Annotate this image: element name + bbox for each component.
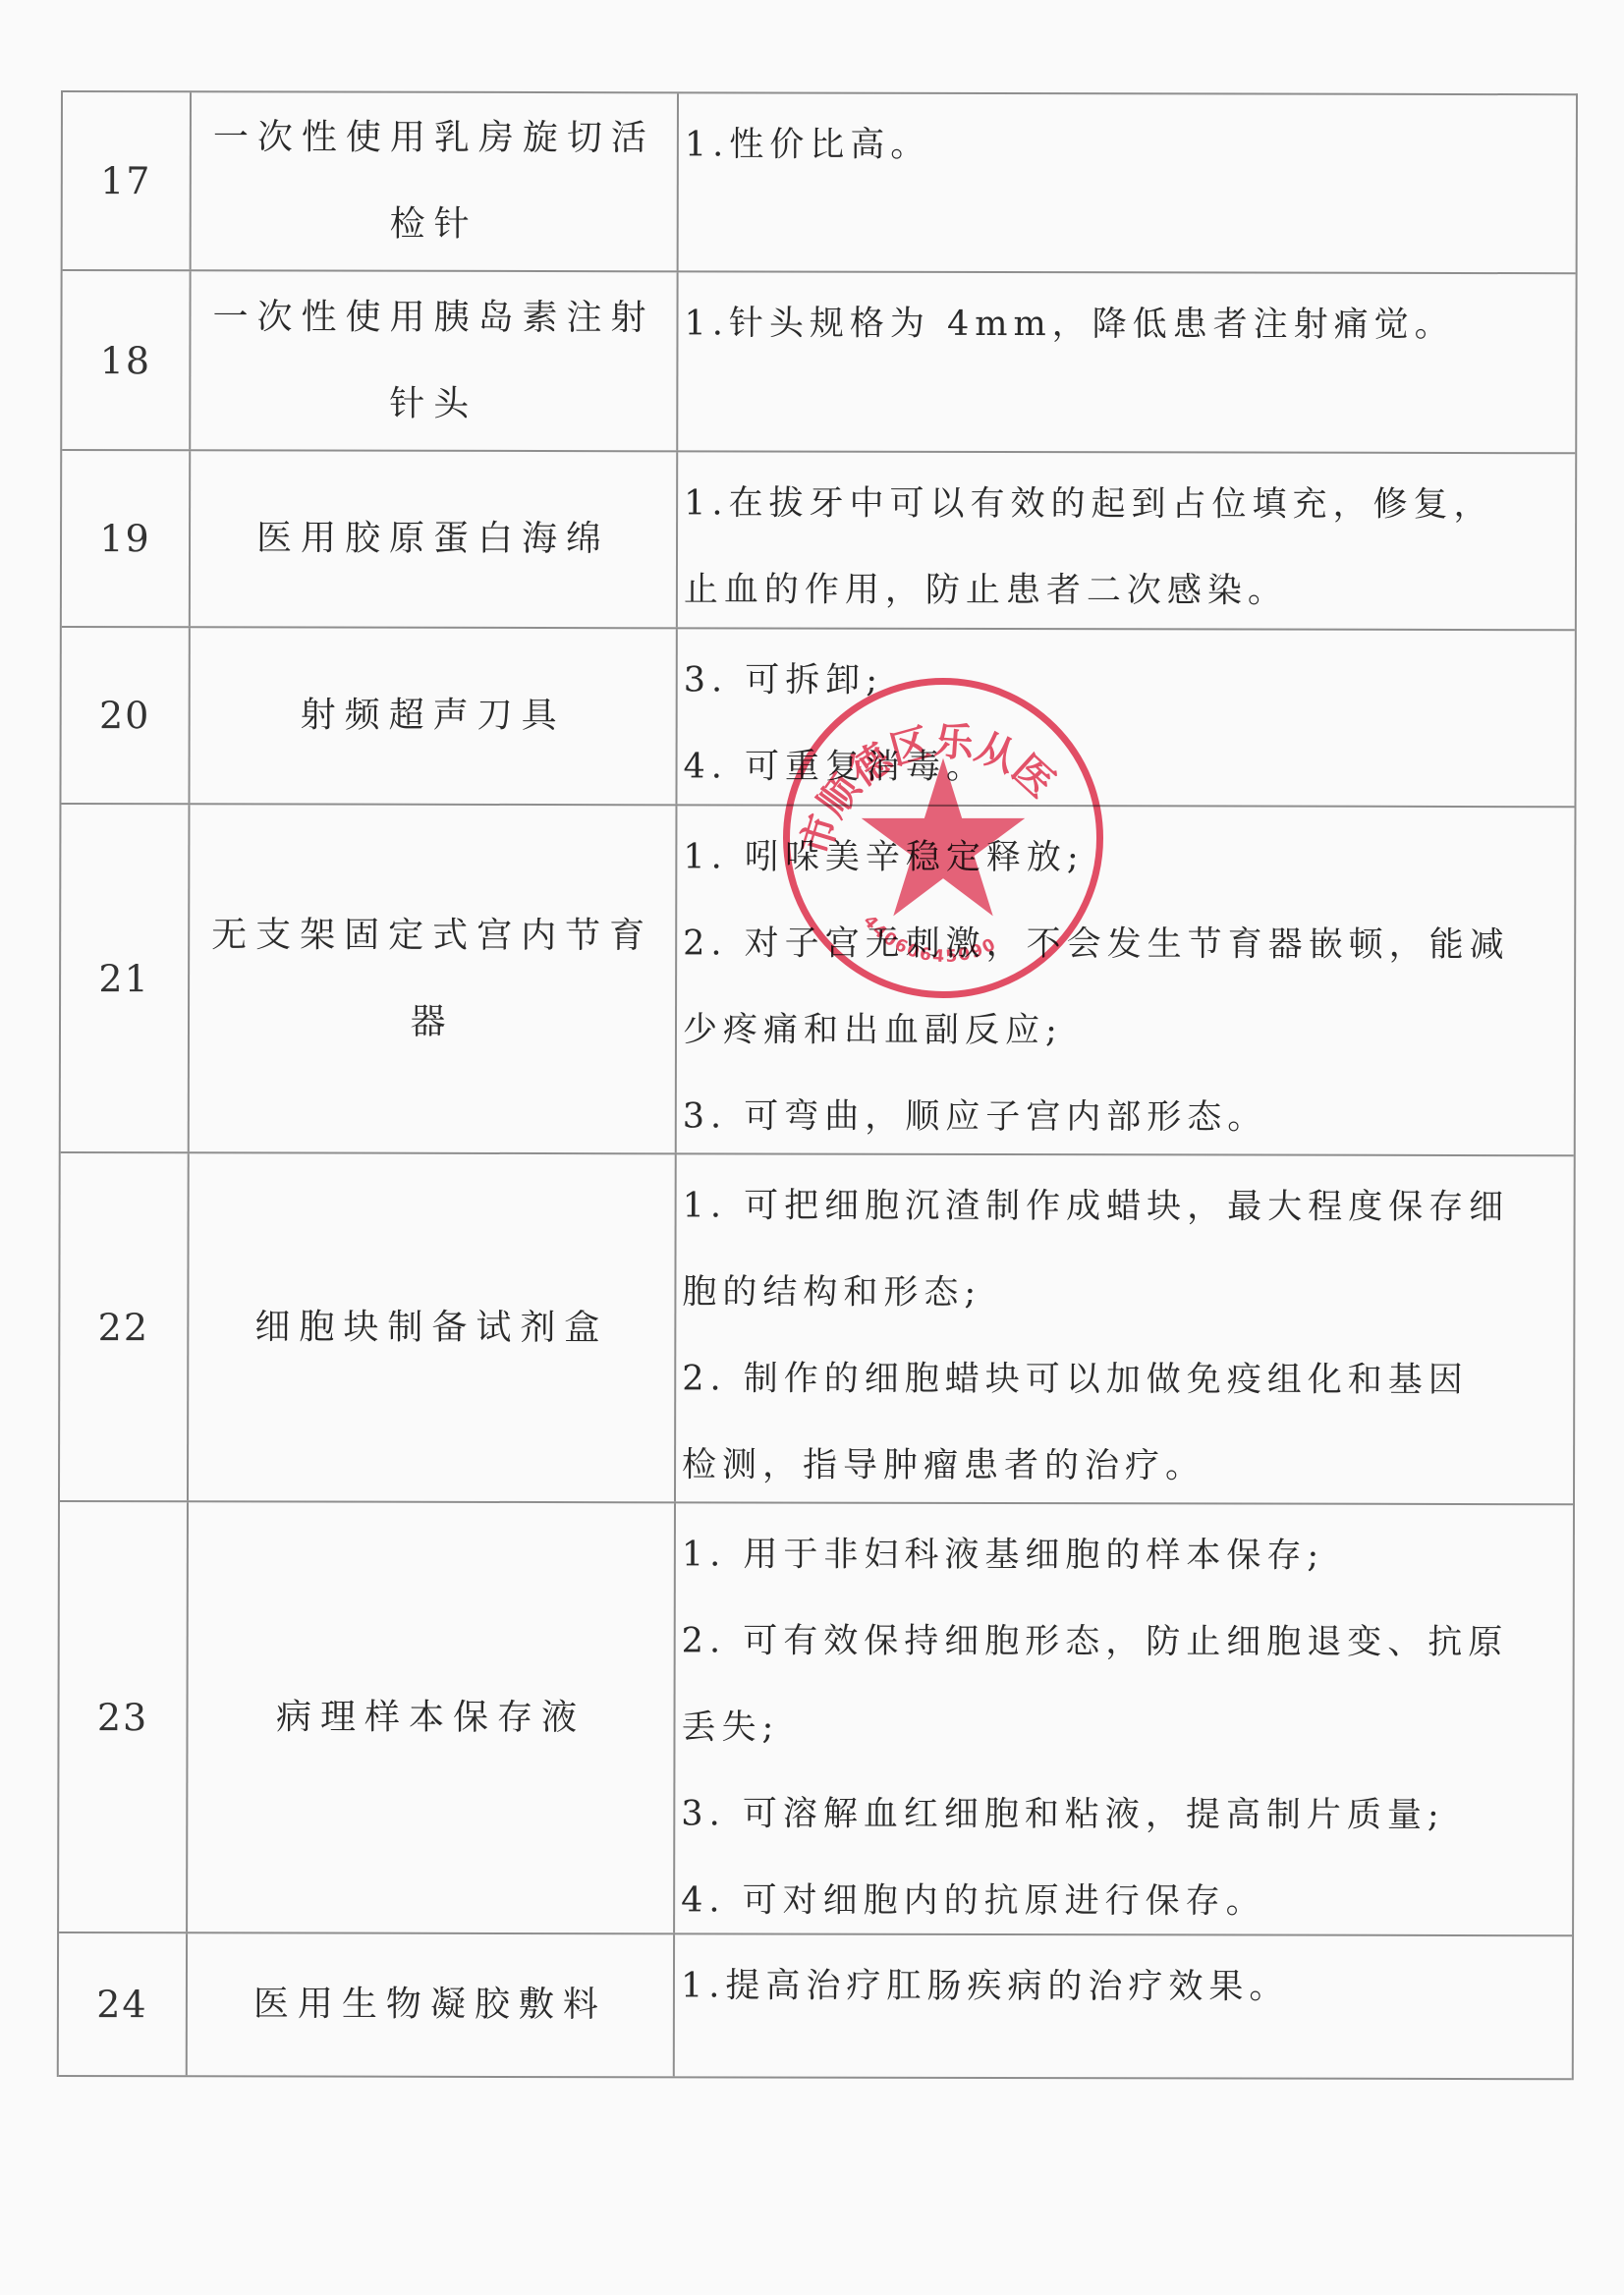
row-number: 17 — [63, 92, 192, 269]
product-name: 细胞块制备试剂盒 — [189, 1153, 677, 1501]
table-row: 23病理样本保存液1. 用于非妇科液基细胞的样本保存;2. 可有效保持细胞形态，… — [59, 1502, 1573, 1936]
product-features: 3. 可拆卸;4. 可重复消毒。 — [677, 629, 1574, 806]
product-name-line: 细胞块制备试剂盒 — [254, 1284, 608, 1371]
product-name-line: 医用胶原蛋白海绵 — [256, 495, 610, 583]
table-row: 24医用生物凝胶敷料1.提高治疗肛肠疾病的治疗效果。 — [59, 1933, 1572, 2080]
table-row: 17一次性使用乳房旋切活检针1.性价比高。 — [63, 92, 1576, 274]
feature-line: 1.提高治疗肛肠疾病的治疗效果。 — [681, 1942, 1290, 2030]
product-name: 一次性使用胰岛素注射针头 — [191, 271, 678, 450]
table-row: 19医用胶原蛋白海绵1.在拔牙中可以有效的起到占位填充，修复，止血的作用，防止患… — [62, 451, 1575, 631]
product-name: 医用胶原蛋白海绵 — [191, 451, 678, 627]
feature-line: 止血的作用，防止患者二次感染。 — [684, 546, 1288, 634]
feature-line: 1.性价比高。 — [685, 101, 931, 189]
feature-line: 检测，指导肿瘤患者的治疗。 — [682, 1422, 1205, 1509]
product-name: 无支架固定式宫内节育器 — [190, 805, 678, 1152]
product-name-line: 一次性使用乳房旋切活 — [213, 94, 655, 182]
table-row: 20射频超声刀具3. 可拆卸;4. 可重复消毒。 — [61, 628, 1574, 808]
product-name-line: 检针 — [390, 182, 478, 268]
row-number: 24 — [59, 1933, 188, 2075]
feature-line: 3. 可溶解血红细胞和粘液，提高制片质量; — [681, 1770, 1445, 1859]
product-name: 医用生物凝胶敷料 — [188, 1933, 675, 2076]
row-number: 19 — [62, 451, 191, 626]
row-number: 20 — [61, 628, 190, 803]
row-number: 22 — [60, 1153, 190, 1500]
product-features: 1.提高治疗肛肠疾病的治疗效果。 — [675, 1934, 1572, 2078]
row-number: 21 — [61, 805, 191, 1151]
feature-line: 3. 可弯曲，顺应子宫内部形态。 — [683, 1073, 1268, 1160]
feature-line: 2. 可有效保持细胞形态，防止细胞退变、抗原 — [682, 1597, 1509, 1686]
product-name-line: 射频超声刀具 — [301, 673, 566, 760]
feature-line: 4. 可对细胞内的抗原进行保存。 — [681, 1857, 1266, 1944]
product-name-line: 器 — [410, 979, 454, 1065]
product-name-line: 无支架固定式宫内节育 — [211, 892, 653, 980]
product-name: 射频超声刀具 — [190, 628, 677, 804]
feature-line: 2. 对子宫无刺激，不会发生节育器嵌顿，能减 — [683, 900, 1510, 988]
product-name-line: 一次性使用胰岛素注射 — [212, 274, 654, 362]
feature-line: 1.在拔牙中可以有效的起到占位填充，修复， — [684, 460, 1494, 548]
feature-line: 3. 可拆卸; — [684, 637, 883, 723]
feature-line: 1. 用于非妇科液基细胞的样本保存; — [682, 1511, 1324, 1598]
feature-line: 丢失; — [681, 1684, 779, 1770]
feature-line: 2. 制作的细胞蜡块可以加做免疫组化和基因 — [682, 1335, 1469, 1424]
feature-line: 1. 吲哚美辛稳定释放; — [683, 813, 1084, 901]
product-features: 1. 可把细胞沉渣制作成蜡块，最大程度保存细胞的结构和形态;2. 制作的细胞蜡块… — [676, 1154, 1574, 1503]
table-row: 22细胞块制备试剂盒1. 可把细胞沉渣制作成蜡块，最大程度保存细胞的结构和形态;… — [60, 1153, 1574, 1505]
product-name-line: 针头 — [389, 361, 477, 447]
product-features: 1.性价比高。 — [679, 93, 1576, 272]
product-name-line: 医用生物凝胶敷料 — [253, 1961, 607, 2048]
table-row: 21无支架固定式宫内节育器1. 吲哚美辛稳定释放;2. 对子宫无刺激，不会发生节… — [61, 805, 1575, 1156]
product-name: 一次性使用乳房旋切活检针 — [192, 92, 679, 270]
product-features: 1. 用于非妇科液基细胞的样本保存;2. 可有效保持细胞形态，防止细胞退变、抗原… — [675, 1503, 1573, 1934]
product-features: 1.针头规格为 4mm，降低患者注射痛觉。 — [678, 272, 1575, 452]
product-name-line: 病理样本保存液 — [276, 1674, 586, 1762]
product-features: 1. 吲哚美辛稳定释放;2. 对子宫无刺激，不会发生节育器嵌顿，能减少疼痛和出血… — [677, 806, 1575, 1154]
product-features-table: 17一次性使用乳房旋切活检针1.性价比高。18一次性使用胰岛素注射针头1.针头规… — [57, 90, 1578, 2080]
table-row: 18一次性使用胰岛素注射针头1.针头规格为 4mm，降低患者注射痛觉。 — [62, 271, 1575, 454]
feature-line: 1.针头规格为 4mm，降低患者注射痛觉。 — [684, 280, 1454, 368]
product-features: 1.在拔牙中可以有效的起到占位填充，修复，止血的作用，防止患者二次感染。 — [678, 452, 1575, 629]
feature-line: 4. 可重复消毒。 — [683, 723, 986, 811]
feature-line: 1. 可把细胞沉渣制作成蜡块，最大程度保存细 — [683, 1162, 1510, 1251]
feature-line: 胞的结构和形态; — [682, 1249, 981, 1336]
feature-line: 少疼痛和出血副反应; — [683, 986, 1063, 1074]
product-name: 病理样本保存液 — [188, 1502, 676, 1932]
row-number: 18 — [62, 271, 191, 449]
row-number: 23 — [59, 1502, 189, 1931]
